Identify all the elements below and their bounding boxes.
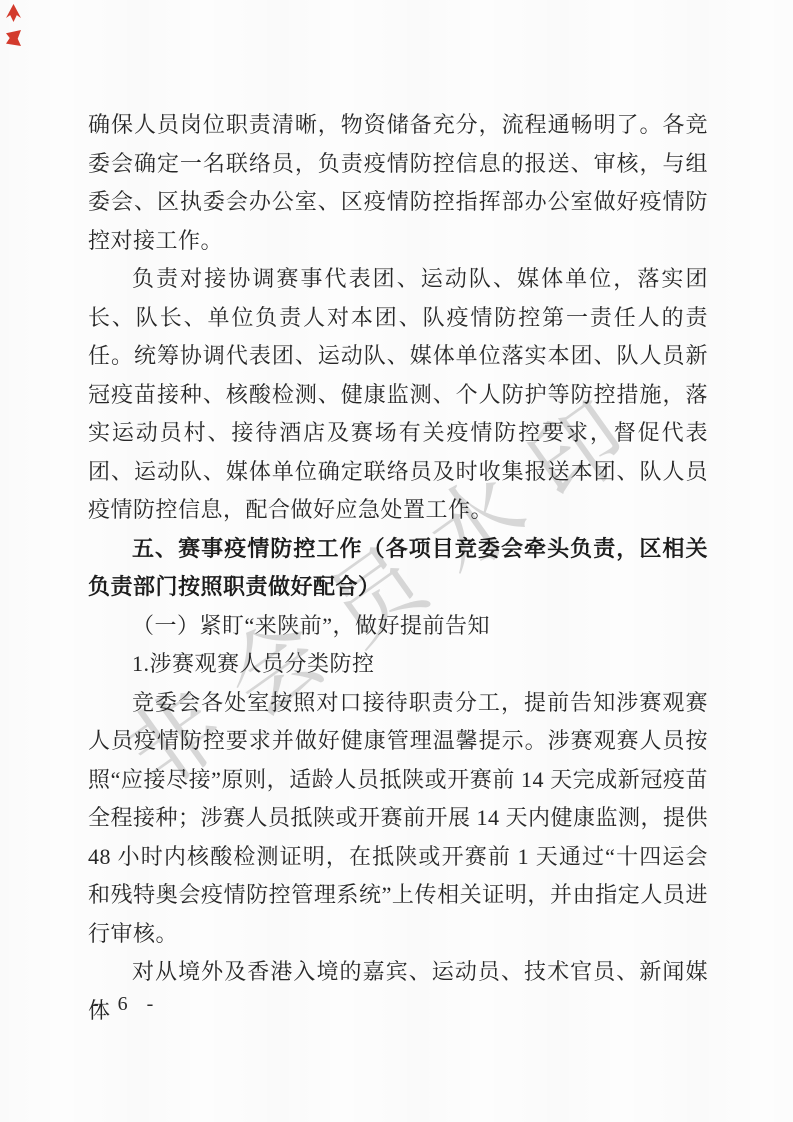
red-corner-marks — [6, 4, 21, 46]
subsection-heading: （一）紧盯“来陕前”，做好提前告知 — [88, 607, 708, 646]
paragraph-continued: 确保人员岗位职责清晰，物资储备充分，流程通畅明了。各竞委会确定一名联络员，负责疫… — [88, 106, 708, 260]
paragraph: 竞委会各处室按照对口接待职责分工，提前告知涉赛观赛人员疫情防控要求并做好健康管理… — [88, 684, 708, 954]
paragraph: 对从境外及香港入境的嘉宾、运动员、技术官员、新闻媒体 — [88, 953, 708, 1030]
section-heading: 五、赛事疫情防控工作（各项目竞委会牵头负责，区相关负责部门按照职责做好配合） — [88, 530, 708, 607]
paragraph: 负责对接协调赛事代表团、运动队、媒体单位，落实团长、队长、单位负责人对本团、队疫… — [88, 260, 708, 530]
document-page: 非会员水印 确保人员岗位职责清晰，物资储备充分，流程通畅明了。各竞委会确定一名联… — [0, 0, 793, 1122]
document-body: 确保人员岗位职责清晰，物资储备充分，流程通畅明了。各竞委会确定一名联络员，负责疫… — [88, 106, 708, 1030]
numbered-heading: 1.涉赛观赛人员分类防控 — [88, 645, 708, 684]
red-seal-fragment-icon — [6, 30, 21, 46]
red-seal-fragment-icon — [6, 4, 21, 22]
page-number: - 6 - — [92, 993, 160, 1016]
